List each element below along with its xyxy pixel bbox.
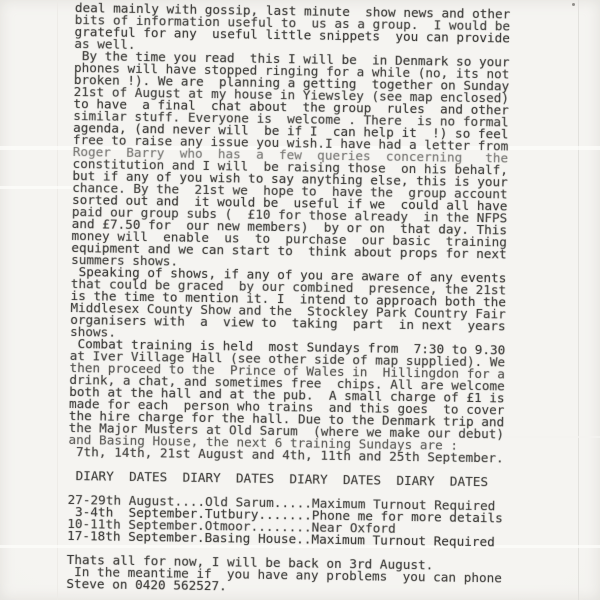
scan-edge-line-left [57,0,58,600]
letter-body: deal mainly with gossip, last minute sho… [66,2,510,596]
scan-edge-line-right [578,0,579,600]
scan-speck [572,3,575,6]
scanned-letter-page: deal mainly with gossip, last minute sho… [0,0,600,600]
